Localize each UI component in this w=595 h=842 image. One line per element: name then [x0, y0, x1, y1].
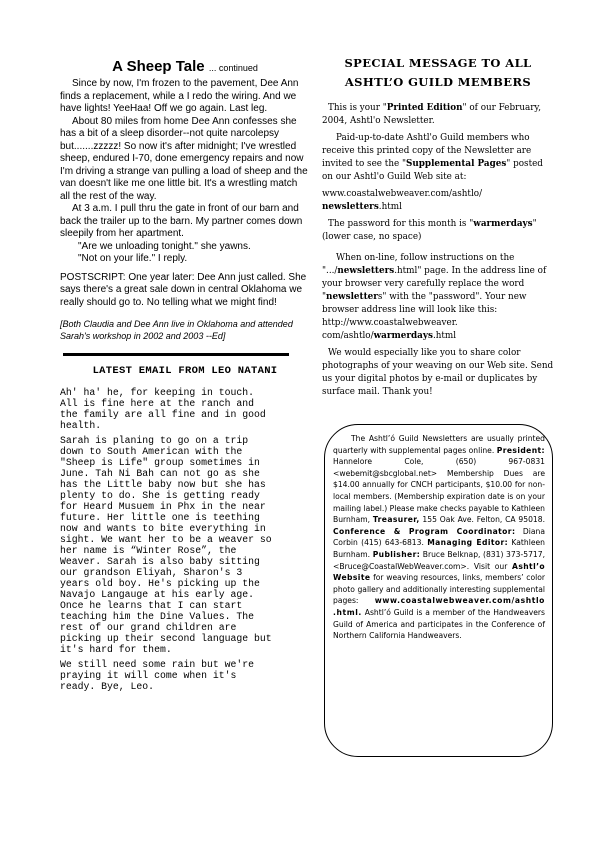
printed-edition-label: Printed Edition	[387, 103, 463, 113]
email-article: LATEST EMAIL FROM LEO NATANI Ah' ha' he,…	[60, 365, 310, 692]
instructions-paragraph: When on-line, follow instructions on the…	[322, 252, 554, 343]
photos-paragraph: We would especially like you to share co…	[322, 347, 554, 399]
guild-info-text: The Ashtl’ó Guild Newsletters are usuall…	[333, 433, 545, 642]
postscript: POSTSCRIPT: One year later: Dee Ann just…	[60, 272, 310, 310]
printed-edition-paragraph: This is your "Printed Edition" of our Fe…	[322, 102, 554, 128]
coordinator-label: Conference & Program Coordinator:	[333, 527, 515, 536]
left-column: A Sheep Tale ... continued Since by now,…	[60, 58, 310, 696]
email-paragraph: Sarah is planing to go on a trip down to…	[60, 435, 310, 655]
text: Ashtl’ó Guild is a member of the Handwea…	[333, 608, 545, 640]
sheep-tale-heading: A Sheep Tale	[112, 58, 205, 75]
url-part: www.coastalwebweaver.com/ashtlo/	[322, 189, 482, 199]
password-value: warmerdays	[473, 219, 532, 229]
editor-note: [Both Claudia and Dee Ann live in Oklaho…	[60, 319, 310, 342]
password-paragraph: The password for this month is "warmerda…	[322, 218, 554, 244]
text: This is your "	[328, 103, 387, 113]
treasurer-label: Treasurer,	[373, 515, 420, 524]
bold-text: newsletters	[337, 266, 394, 276]
editor-label: Managing Editor:	[427, 538, 508, 547]
sheep-tale-article: A Sheep Tale ... continued Since by now,…	[60, 58, 310, 342]
newsletter-url[interactable]: www.coastalwebweaver.com/ashtlo/newslett…	[322, 188, 554, 214]
text: .html	[433, 331, 456, 341]
email-paragraph: Ah' ha' he, for keeping in touch. All is…	[60, 387, 310, 431]
sheep-paragraph: About 80 miles from home Dee Ann confess…	[60, 116, 310, 204]
title-line-1: SPECIAL MESSAGE TO ALL	[322, 54, 554, 73]
publisher-label: Publisher:	[373, 550, 420, 559]
sheep-paragraph: Since by now, I'm frozen to the pavement…	[60, 78, 310, 116]
sheep-tale-title: A Sheep Tale ... continued	[60, 58, 310, 75]
email-paragraph: We still need some rain but we're prayin…	[60, 659, 310, 692]
special-message-title: SPECIAL MESSAGE TO ALL ASHTL’O GUILD MEM…	[322, 54, 554, 92]
sheep-paragraph: "Not on your life." I reply.	[60, 253, 310, 266]
sheep-paragraph: At 3 a.m. I pull thru the gate in front …	[60, 203, 310, 241]
url-bold-part: newsletters	[322, 202, 379, 212]
president-label: President:	[497, 446, 545, 455]
section-divider	[63, 353, 289, 356]
url-ext: .html	[379, 202, 402, 212]
continued-label: ... continued	[209, 63, 258, 73]
text: 155 Oak Ave. Felton, CA 95018.	[420, 515, 545, 524]
supplemental-paragraph: Paid-up-to-date Ashtl'o Guild members wh…	[322, 132, 554, 184]
sheep-paragraph: "Are we unloading tonight." she yawns.	[60, 241, 310, 254]
guild-info-box: The Ashtl’ó Guild Newsletters are usuall…	[324, 424, 553, 757]
bold-text: newsletter	[326, 292, 378, 302]
bold-text: warmerdays	[374, 331, 433, 341]
email-title: LATEST EMAIL FROM LEO NATANI	[60, 365, 310, 377]
supplemental-pages-label: Supplemental Pages	[406, 159, 506, 169]
special-message: SPECIAL MESSAGE TO ALL ASHTL’O GUILD MEM…	[322, 54, 554, 403]
title-line-2: ASHTL’O GUILD MEMBERS	[322, 73, 554, 92]
text: The password for this month is "	[328, 219, 473, 229]
